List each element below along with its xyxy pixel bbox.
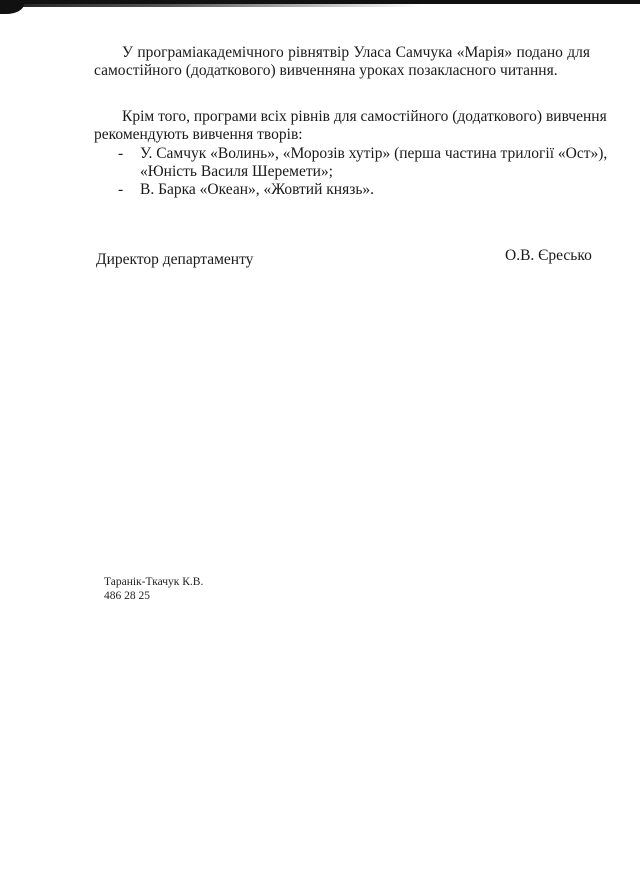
- list-item-line: У. Самчук «Волинь», «Морозів хутір» (пер…: [140, 145, 607, 163]
- signature-name: О.В. Єресько: [505, 247, 592, 265]
- list-dash: -: [118, 181, 123, 199]
- paragraph-programs-all-levels: Крім того, програми всіх рівнів для само…: [94, 108, 590, 144]
- list-item-line: «Юність Василя Шеремети»;: [140, 163, 607, 181]
- paragraph-line: рекомендують вивчення творів:: [94, 126, 590, 144]
- paragraph-line: самостійного (додаткового) вивченняна ур…: [94, 62, 590, 80]
- list-dash: -: [118, 145, 123, 163]
- list-item: - У. Самчук «Волинь», «Морозів хутір» (п…: [118, 145, 607, 181]
- list-item: - В. Барка «Океан», «Жовтий князь».: [118, 181, 607, 199]
- scan-edge-fade: [0, 4, 420, 7]
- list-item-line: В. Барка «Океан», «Жовтий князь».: [140, 181, 607, 199]
- paragraph-line: Крім того, програми всіх рівнів для само…: [94, 108, 590, 126]
- scan-edge-shadow: [0, 0, 640, 10]
- paragraph-line: У програміакадемічного рівнятвір Уласа С…: [94, 44, 590, 62]
- signature-position: Директор департаменту: [96, 251, 253, 269]
- executor-name: Таранік-Ткачук К.В.: [104, 575, 203, 589]
- paragraph-programs-academic: У програміакадемічного рівнятвір Уласа С…: [94, 44, 590, 80]
- scan-edge-corner: [0, 0, 24, 14]
- recommended-works-list: - У. Самчук «Волинь», «Морозів хутір» (п…: [118, 145, 607, 199]
- executor-phone: 486 28 25: [104, 589, 150, 603]
